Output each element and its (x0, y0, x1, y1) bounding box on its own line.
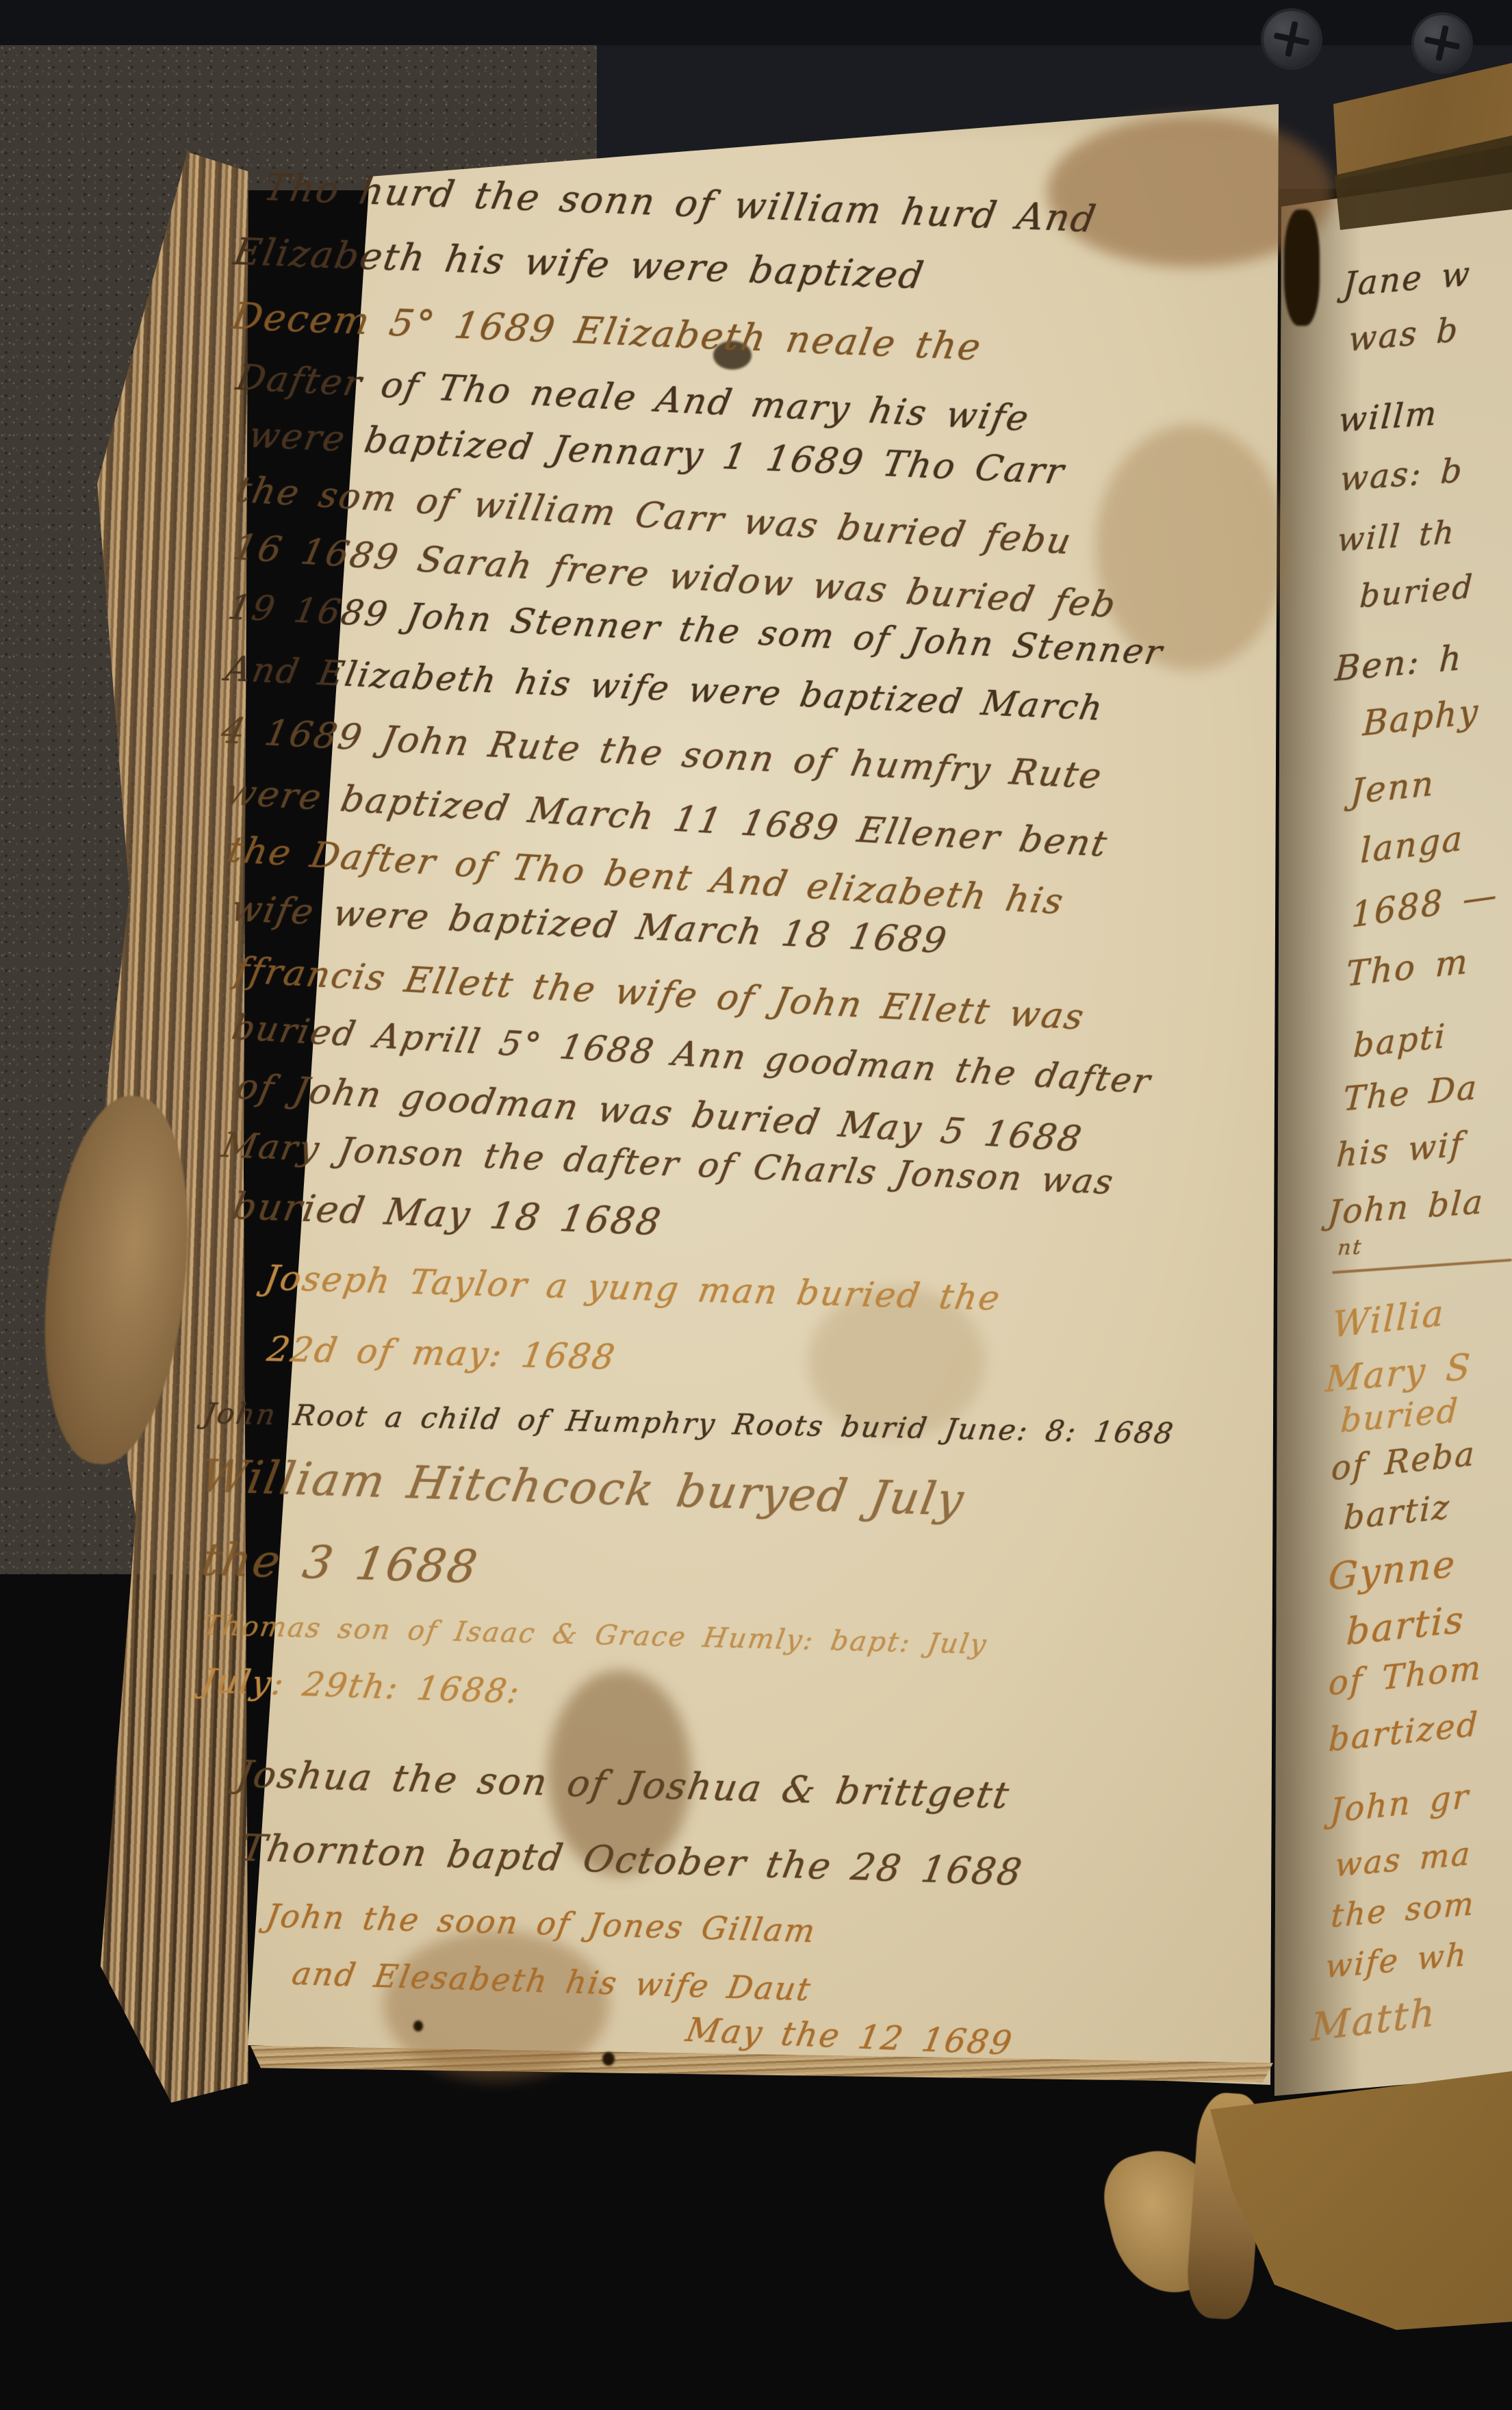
manuscript-line: The Da (1342, 1068, 1479, 1119)
manuscript-line: Ben: h (1334, 638, 1464, 689)
manuscript-line: Jane w (1342, 255, 1472, 305)
manuscript-line: was ma (1334, 1835, 1472, 1884)
manuscript-line: was b (1348, 311, 1460, 359)
manuscript-line: buried (1359, 567, 1475, 615)
manuscript-line: willm (1337, 394, 1439, 440)
manuscript-line: John gr (1329, 1778, 1470, 1831)
photograph-of-manuscript: Tho hurd the sonn of william hurd AndEli… (0, 0, 1512, 2410)
manuscript-line: will th (1336, 513, 1457, 559)
manuscript-line: langa (1360, 818, 1464, 871)
manuscript-line: bartiz (1343, 1488, 1451, 1538)
manuscript-line: bartized (1328, 1705, 1480, 1760)
manuscript-line: buried (1340, 1392, 1460, 1441)
manuscript-line: was: b (1339, 451, 1465, 498)
manuscript-line: bapti (1353, 1017, 1447, 1066)
manuscript-line: John bla (1327, 1183, 1485, 1232)
manuscript-line: wife wh (1324, 1936, 1469, 1986)
manuscript-line: the som (1330, 1885, 1476, 1935)
manuscript-line: of Thom (1328, 1648, 1483, 1703)
manuscript-line: 1688 — (1351, 875, 1498, 936)
manuscript-line: Gynne (1328, 1541, 1457, 1598)
manuscript-line: Tho m (1346, 941, 1470, 994)
manuscript-line: Jenn (1350, 763, 1435, 812)
manuscript-line: of Reba (1331, 1435, 1476, 1489)
manuscript-line: bartis (1346, 1598, 1466, 1654)
manuscript-line: his wif (1335, 1125, 1465, 1175)
manuscript-line: Baphy (1362, 691, 1481, 743)
right-page-text: Jane wwas bwillmwas: bwill thburiedBen: … (0, 0, 1512, 2410)
manuscript-line: nt (1337, 1235, 1363, 1260)
manuscript-line: Willia (1332, 1293, 1446, 1346)
manuscript-line: Matth (1311, 1990, 1437, 2051)
